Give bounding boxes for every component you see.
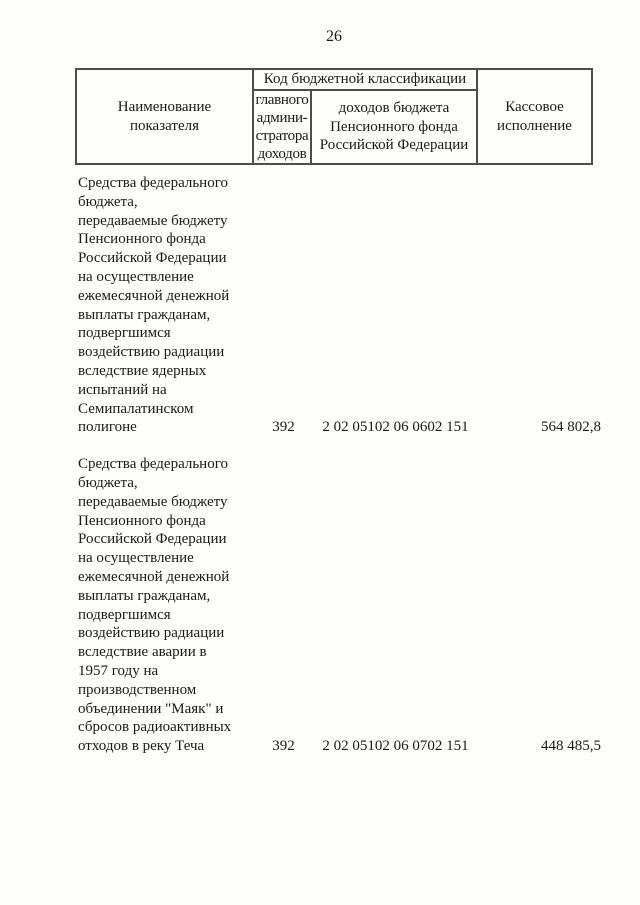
scanned-document-page: 26 Наименование показателя Код бюджетной… — [0, 0, 640, 905]
header-chief-administrator-column: главного админи- стратора доходов — [254, 91, 312, 163]
row-administrator-code: 392 — [254, 737, 313, 756]
header-cash-execution-column: Кассовое исполнение — [476, 70, 591, 163]
table-row: Средства федерального бюджета, передавае… — [75, 455, 593, 756]
row-administrator-code: 392 — [254, 418, 313, 437]
table-row: Средства федерального бюджета, передавае… — [75, 174, 593, 437]
header-budget-code-group: Код бюджетной классификации — [254, 70, 476, 91]
row-cash-execution-value: 448 485,5 — [478, 737, 601, 756]
row-cash-execution-value: 564 802,8 — [478, 418, 601, 437]
row-indicator-name: Средства федерального бюджета, передавае… — [75, 174, 254, 437]
budget-classification-table: Наименование показателя Код бюджетной кл… — [75, 68, 593, 756]
page-number: 26 — [75, 28, 593, 46]
header-indicator-name-column: Наименование показателя — [77, 70, 254, 163]
header-pension-fund-income-column: доходов бюджета Пенсионного фонда Россий… — [312, 91, 476, 163]
row-budget-classification-code: 2 02 05102 06 0602 151 — [313, 418, 478, 437]
row-indicator-name: Средства федерального бюджета, передавае… — [75, 455, 254, 756]
table-header: Наименование показателя Код бюджетной кл… — [75, 68, 593, 165]
row-budget-classification-code: 2 02 05102 06 0702 151 — [313, 737, 478, 756]
